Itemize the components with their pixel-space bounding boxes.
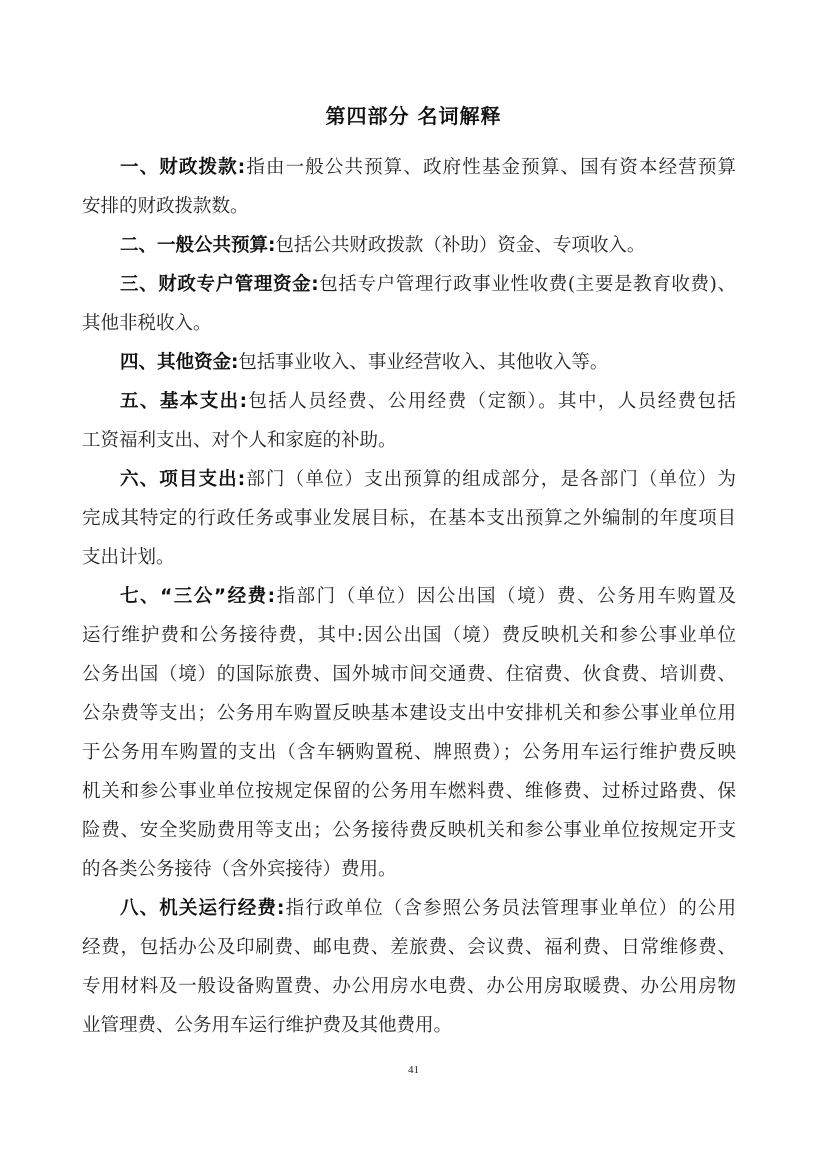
term-label: 三、财政专户管理资金: <box>120 274 319 295</box>
definition-line: 七、“三公”经费:指部门（单位）因公出国（境）费、公务用车购置及 <box>82 577 736 616</box>
definition-line: 安排的财政拨款数。 <box>82 187 736 226</box>
definition-line: 完成其特定的行政任务或事业发展目标，在基本支出预算之外编制的年度项目 <box>82 499 736 538</box>
definition-line: 支出计划。 <box>82 538 736 577</box>
page-title: 第四部分 名词解释 <box>0 100 827 129</box>
term-label: 四、其他资金: <box>120 352 238 373</box>
definition-line: 险费、安全奖励费用等支出；公务接待费反映机关和参公事业单位按规定开支 <box>82 811 736 850</box>
definition-line: 经费，包括办公及印刷费、邮电费、差旅费、会议费、福利费、日常维修费、 <box>82 928 736 967</box>
term-label: 六、项目支出: <box>120 469 245 490</box>
definition-line: 四、其他资金:包括事业收入、事业经营收入、其他收入等。 <box>82 343 736 382</box>
definition-line: 公杂费等支出；公务用车购置反映基本建设支出中安排机关和参公事业单位用 <box>82 694 736 733</box>
definition-line: 八、机关运行经费:指行政单位（含参照公务员法管理事业单位）的公用 <box>82 889 736 928</box>
definition-line: 于公务用车购置的支出（含车辆购置税、牌照费）；公务用车运行维护费反映 <box>82 733 736 772</box>
term-label: 八、机关运行经费: <box>120 898 284 919</box>
definition-line: 的各类公务接待（含外宾接待）费用。 <box>82 850 736 889</box>
term-label: 一、财政拨款: <box>120 157 245 178</box>
definition-line: 其他非税收入。 <box>82 304 736 343</box>
definition-line: 二、一般公共预算:包括公共财政拨款（补助）资金、专项收入。 <box>82 226 736 265</box>
definition-line: 五、基本支出:包括人员经费、公用经费（定额）。其中，人员经费包括 <box>82 382 736 421</box>
definition-line: 机关和参公事业单位按规定保留的公务用车燃料费、维修费、过桥过路费、保 <box>82 772 736 811</box>
term-label: 五、基本支出: <box>120 391 247 412</box>
definition-line: 专用材料及一般设备购置费、办公用房水电费、办公用房取暖费、办公用房物 <box>82 967 736 1006</box>
definition-line: 三、财政专户管理资金:包括专户管理行政事业性收费(主要是教育收费)、 <box>82 265 736 304</box>
definition-line: 一、财政拨款:指由一般公共预算、政府性基金预算、国有资本经营预算 <box>82 148 736 187</box>
definition-line: 公务出国（境）的国际旅费、国外城市间交通费、住宿费、伙食费、培训费、 <box>82 655 736 694</box>
term-label: 二、一般公共预算: <box>120 235 275 256</box>
definition-line: 运行维护费和公务接待费，其中:因公出国（境）费反映机关和参公事业单位 <box>82 616 736 655</box>
document-body: 一、财政拨款:指由一般公共预算、政府性基金预算、国有资本经营预算 安排的财政拨款… <box>82 148 736 1045</box>
definition-line: 业管理费、公务用车运行维护费及其他费用。 <box>82 1006 736 1045</box>
definition-line: 六、项目支出:部门（单位）支出预算的组成部分，是各部门（单位）为 <box>82 460 736 499</box>
page-number: 41 <box>0 1064 827 1076</box>
definition-line: 工资福利支出、对个人和家庭的补助。 <box>82 421 736 460</box>
term-label: 七、“三公”经费: <box>120 586 275 607</box>
